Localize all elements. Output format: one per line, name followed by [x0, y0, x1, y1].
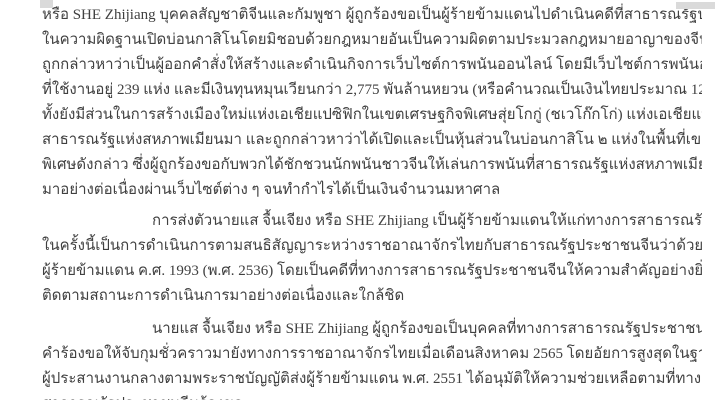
document-page: หรือ SHE Zhijiang บุคคลสัญชาติจีนและกัมพ…	[0, 0, 715, 400]
text-line: สาธารณรัฐแห่งสหภาพเมียนมา และถูกกล่าวหาว…	[42, 128, 702, 153]
text-line: ในครั้งนี้เป็นการดำเนินการตามสนธิสัญญาระ…	[42, 234, 702, 259]
scan-artifact-left	[40, 0, 53, 8]
paragraph-continuation: หรือ SHE Zhijiang บุคคลสัญชาติจีนและกัมพ…	[42, 3, 702, 203]
text-line: การส่งตัวนายแส จื้นเจียง หรือ SHE Zhijia…	[42, 209, 702, 234]
text-line: ติดตามสถานะการดำเนินการมาอย่างต่อเนื่องแ…	[42, 284, 702, 309]
text-line: ทั้งยังมีส่วนในการสร้างเมืองใหม่แห่งเอเช…	[42, 103, 702, 128]
paragraph-arrest-request: นายแส จื้นเจียง หรือ SHE Zhijiang ผู้ถูก…	[42, 317, 702, 400]
text-line: ที่ใช้งานอยู่ 239 แห่ง และมีเงินทุนหมุนเ…	[42, 78, 702, 103]
text-line: ถูกกล่าวหาว่าเป็นผู้ออกคำสั่งให้สร้างและ…	[42, 53, 702, 78]
text-line: ผู้ประสานงานกลางตามพระราชบัญญัติส่งผู้ร้…	[42, 367, 702, 392]
text-line: คำร้องขอให้จับกุมชั่วคราวมายังทางการราชอ…	[42, 342, 702, 367]
text-line: ในความผิดฐานเปิดบ่อนกาสิโนโดยมิชอบด้วยกฎ…	[42, 28, 702, 53]
paragraph-extradition-treaty: การส่งตัวนายแส จื้นเจียง หรือ SHE Zhijia…	[42, 209, 702, 309]
text-line: พิเศษดังกล่าว ซึ่งผู้ถูกร้องขอกับพวกได้ช…	[42, 153, 702, 178]
text-line: หรือ SHE Zhijiang บุคคลสัญชาติจีนและกัมพ…	[42, 3, 702, 28]
text-line: นายแส จื้นเจียง หรือ SHE Zhijiang ผู้ถูก…	[42, 317, 702, 342]
text-line: มาอย่างต่อเนื่องผ่านเว็บไซต์ต่าง ๆ จนทำก…	[42, 178, 702, 203]
text-line: ผู้ร้ายข้ามแดน ค.ศ. 1993 (พ.ศ. 2536) โดย…	[42, 259, 702, 284]
scan-artifact-right	[676, 2, 715, 9]
text-line-clipped: สาธารณรัฐประชาชนจีนร้องขอ	[42, 392, 702, 400]
